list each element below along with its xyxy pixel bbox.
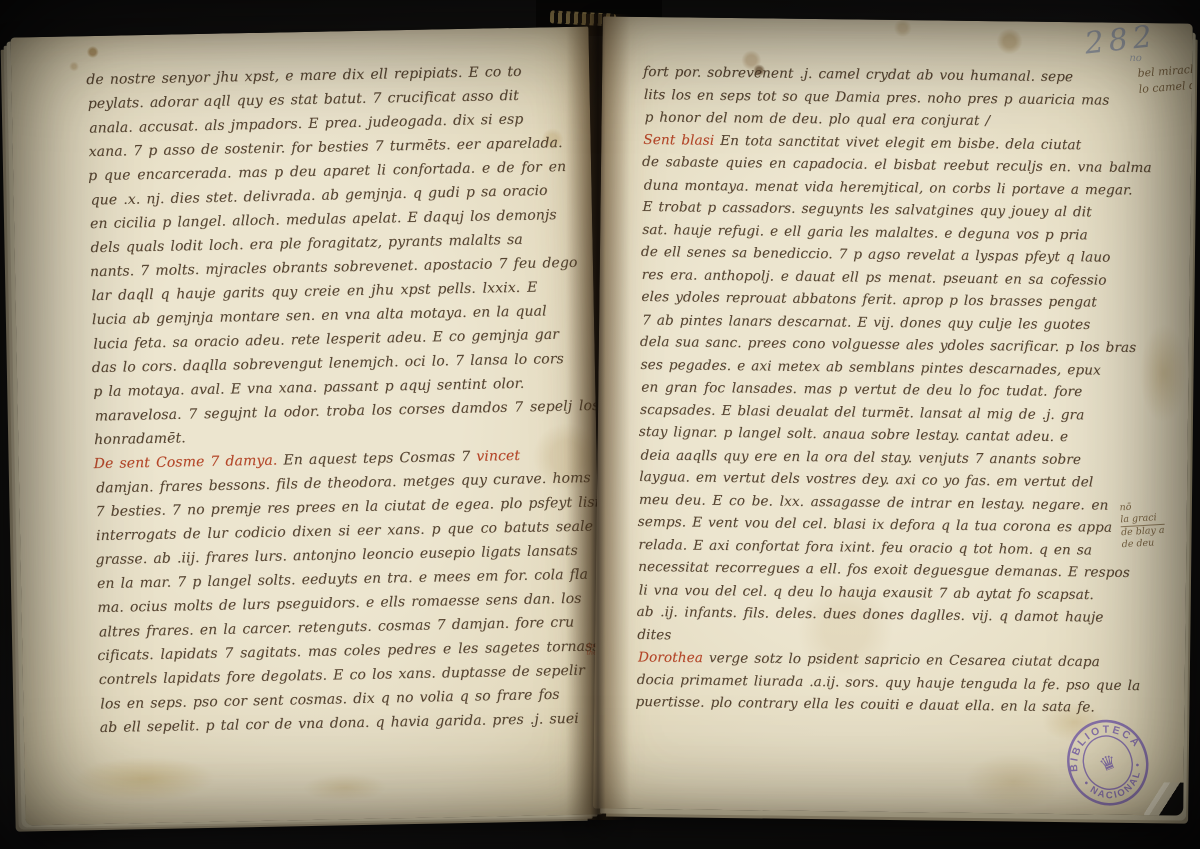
manuscript-line: duna montaya. menat vida heremjtical, on… bbox=[644, 174, 1160, 202]
ink-text-run: duna montaya. menat vida heremjtical, on… bbox=[644, 177, 1133, 198]
rubric-text-run: De sent Cosme 7 damya. bbox=[94, 453, 278, 473]
ink-text-run: dela sua sanc. prees cono volguesse ales… bbox=[640, 334, 1137, 356]
ink-text-run: meu deu. E co be. lxx. assagasse de intr… bbox=[639, 491, 1109, 513]
rubric-text-run: Sent blasi bbox=[643, 131, 714, 148]
ink-text-run: dites bbox=[637, 626, 671, 642]
ink-text-run: docia primamet liurada .a.ij. sors. quy … bbox=[637, 671, 1141, 693]
rubric-text-run: Dorothea bbox=[638, 649, 703, 666]
ink-text-run: de ell senes sa benediccio. 7 p agso rev… bbox=[641, 244, 1111, 266]
ink-text-run: 7 ab pintes lanars descarnat. E vij. don… bbox=[642, 312, 1090, 333]
ink-text-run: puertisse. plo contrary ella les couiti … bbox=[635, 694, 1095, 716]
folio-number-note: no bbox=[1129, 53, 1142, 64]
manuscript-line: deia aaqlls quy ere en la ora del stay. … bbox=[640, 444, 1156, 472]
ink-text-run: p honor del nom de deu. plo qual era con… bbox=[645, 109, 991, 128]
right-page-text: fort por. sobrevenent .j. camel crydat a… bbox=[636, 61, 1160, 720]
ink-text-run: relada. E axi confortat fora ixint. feu … bbox=[638, 536, 1092, 558]
ink-text-run: honradamēt. bbox=[94, 430, 186, 448]
margin-note-blasi-grace: nō la graci de blay a de deu bbox=[1119, 500, 1165, 551]
margin-note-line: de deu bbox=[1121, 537, 1165, 551]
ink-text-run: En tota sanctitat vivet elegit em bisbe.… bbox=[714, 132, 1081, 152]
ink-text-run: ses pegades. e axi metex ab semblans pin… bbox=[641, 356, 1101, 378]
ink-text-run: sat. hauje refugi. e ell garia les malal… bbox=[642, 221, 1088, 242]
photograph-backdrop: de nostre senyor jhu xpst, e mare dix el… bbox=[0, 0, 1200, 849]
ink-text-run: eles ydoles reprouat abbatons ferit. apr… bbox=[641, 289, 1097, 311]
ink-text-run: en gran foc lansades. mas p vertut de de… bbox=[641, 379, 1082, 399]
folio-number: 282 bbox=[1083, 19, 1159, 62]
crown-icon: ♛ bbox=[1096, 750, 1120, 777]
ink-text-run: semps. E vent vou del cel. blasi ix defo… bbox=[638, 514, 1113, 536]
ink-text-run: deia aaqlls quy ere en la ora del stay. … bbox=[640, 447, 1081, 467]
manuscript-page-left: de nostre senyor jhu xpst, e mare dix el… bbox=[10, 27, 603, 826]
ink-text-run: das lo cors. daqlla sobrevengut lenemjch… bbox=[92, 351, 564, 376]
ink-text-run: En aquest teps Cosmas 7 bbox=[277, 449, 476, 469]
ink-text-run: de sabaste quies en capadocia. el bisbat… bbox=[642, 154, 1152, 176]
ink-text-run: scapsades. E blasi deualat del turmēt. l… bbox=[640, 401, 1085, 422]
ink-text-run: laygua. em vertut dels vostres dey. axi … bbox=[639, 469, 1093, 491]
ink-text-run: necessitat recorregues a ell. fos exoit … bbox=[638, 559, 1130, 581]
ink-text-run: verge sotz lo psident sapricio en Cesare… bbox=[703, 650, 1100, 670]
ink-text-run: fort por. sobrevenent .j. camel crydat a… bbox=[643, 64, 1073, 85]
manuscript-page-right: 282 no bel miracle lo camel del fort por… bbox=[593, 16, 1193, 815]
ink-text-run: li vna vou del cel. q deu lo hauja exaus… bbox=[639, 582, 1094, 603]
ink-text-run: E trobat p cassadors. seguynts les salva… bbox=[642, 199, 1091, 220]
ink-text-run: res era. anthopolj. e dauat ell ps menat… bbox=[642, 266, 1107, 288]
ink-text-run: ab .ij. infants. fils. deles. dues dones… bbox=[636, 604, 1103, 626]
ink-text-run: lits los en seps tot so que Damia pres. … bbox=[644, 86, 1110, 108]
ink-text-run: de nostre senyor jhu xpst, e mare dix el… bbox=[86, 64, 522, 88]
page-corner-dogear bbox=[1144, 782, 1184, 815]
ink-text-run: stay lignar. p langel solt. anaua sobre … bbox=[639, 424, 1069, 445]
rubric-text-run: vincet bbox=[476, 448, 520, 465]
left-page-text: de nostre senyor jhu xpst, e mare dix el… bbox=[87, 59, 576, 740]
